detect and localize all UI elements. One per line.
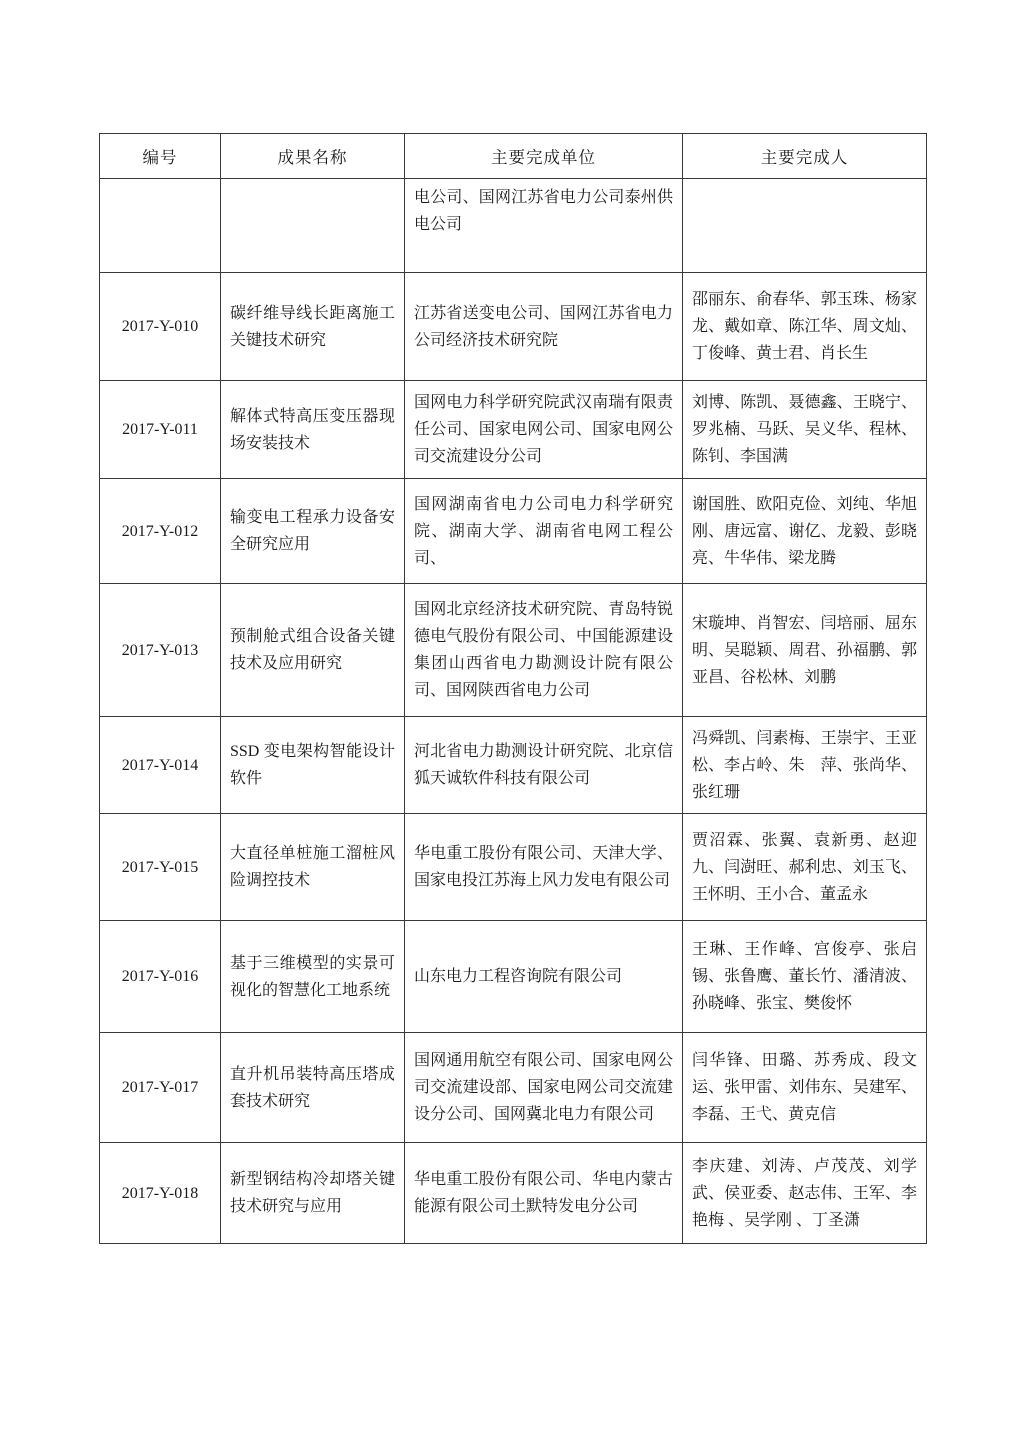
cell-units: 山东电力工程咨询院有限公司 <box>405 921 683 1033</box>
cell-units: 国网北京经济技术研究院、青岛特锐德电气股份有限公司、中国能源建设集团山西省电力勘… <box>405 584 683 717</box>
table-header-row: 编号 成果名称 主要完成单位 主要完成人 <box>100 134 927 179</box>
cell-name: 基于三维模型的实景可视化的智慧化工地系统 <box>221 921 405 1033</box>
cell-name: 解体式特高压变压器现场安装技术 <box>221 381 405 479</box>
cell-id: 2017-Y-015 <box>100 814 221 921</box>
cell-id: 2017-Y-014 <box>100 717 221 814</box>
table-row: 2017-Y-018新型钢结构冷却塔关键技术研究与应用华电重工股份有限公司、华电… <box>100 1143 927 1244</box>
cell-people: 闫华锋、田璐、苏秀成、段文运、张甲雷、刘伟东、吴建军、李磊、王弋、黄克信 <box>683 1033 927 1143</box>
col-header-id: 编号 <box>100 134 221 179</box>
col-header-name: 成果名称 <box>221 134 405 179</box>
cell-people <box>683 179 927 273</box>
cell-people: 谢国胜、欧阳克俭、刘纯、华旭刚、唐远富、谢亿、龙毅、彭晓亮、牛华伟、梁龙腾 <box>683 479 927 584</box>
table-row: 2017-Y-015大直径单桩施工溜桩风险调控技术华电重工股份有限公司、天津大学… <box>100 814 927 921</box>
document-page: 编号 成果名称 主要完成单位 主要完成人 电公司、国网江苏省电力公司泰州供电公司… <box>0 0 1024 1448</box>
cell-id <box>100 179 221 273</box>
cell-units: 江苏省送变电公司、国网江苏省电力公司经济技术研究院 <box>405 273 683 381</box>
table-row: 2017-Y-010碳纤维导线长距离施工关键技术研究江苏省送变电公司、国网江苏省… <box>100 273 927 381</box>
table-row: 2017-Y-017直升机吊装特高压塔成套技术研究国网通用航空有限公司、国家电网… <box>100 1033 927 1143</box>
cell-name: 碳纤维导线长距离施工关键技术研究 <box>221 273 405 381</box>
cell-id: 2017-Y-012 <box>100 479 221 584</box>
cell-people: 王琳、王作峰、宫俊亭、张启锡、张鲁鹰、董长竹、潘清波、孙晓峰、张宝、樊俊怀 <box>683 921 927 1033</box>
cell-people: 冯舜凯、闫素梅、王崇宇、王亚松、李占岭、朱 萍、张尚华、张红珊 <box>683 717 927 814</box>
table-row: 2017-Y-012输变电工程承力设备安全研究应用国网湖南省电力公司电力科学研究… <box>100 479 927 584</box>
cell-units: 国网湖南省电力公司电力科学研究院、湖南大学、湖南省电网工程公司、 <box>405 479 683 584</box>
table-row: 2017-Y-011解体式特高压变压器现场安装技术国网电力科学研究院武汉南瑞有限… <box>100 381 927 479</box>
cell-name: 新型钢结构冷却塔关键技术研究与应用 <box>221 1143 405 1244</box>
cell-id: 2017-Y-017 <box>100 1033 221 1143</box>
cell-people: 宋璇坤、肖智宏、闫培丽、屈东明、吴聪颖、周君、孙福鹏、郭亚昌、谷松林、刘鹏 <box>683 584 927 717</box>
cell-units: 华电重工股份有限公司、华电内蒙古能源有限公司土默特发电分公司 <box>405 1143 683 1244</box>
cell-units: 华电重工股份有限公司、天津大学、国家电投江苏海上风力发电有限公司 <box>405 814 683 921</box>
cell-id: 2017-Y-010 <box>100 273 221 381</box>
cell-name: 直升机吊装特高压塔成套技术研究 <box>221 1033 405 1143</box>
cell-people: 邵丽东、俞春华、郭玉珠、杨家龙、戴如章、陈江华、周文灿、丁俊峰、黄士君、肖长生 <box>683 273 927 381</box>
cell-name <box>221 179 405 273</box>
cell-units: 国网通用航空有限公司、国家电网公司交流建设部、国家电网公司交流建设分公司、国网冀… <box>405 1033 683 1143</box>
cell-units: 河北省电力勘测设计研究院、北京信狐天诚软件科技有限公司 <box>405 717 683 814</box>
table-row: 2017-Y-016基于三维模型的实景可视化的智慧化工地系统山东电力工程咨询院有… <box>100 921 927 1033</box>
results-table: 编号 成果名称 主要完成单位 主要完成人 电公司、国网江苏省电力公司泰州供电公司… <box>99 133 927 1244</box>
cell-name: 预制舱式组合设备关键技术及应用研究 <box>221 584 405 717</box>
cell-id: 2017-Y-018 <box>100 1143 221 1244</box>
cell-id: 2017-Y-011 <box>100 381 221 479</box>
table-row: 电公司、国网江苏省电力公司泰州供电公司 <box>100 179 927 273</box>
cell-people: 贾沼霖、张翼、袁新勇、赵迎九、闫澍旺、郝利忠、刘玉飞、王怀明、王小合、董孟永 <box>683 814 927 921</box>
cell-units: 电公司、国网江苏省电力公司泰州供电公司 <box>405 179 683 273</box>
cell-name: 输变电工程承力设备安全研究应用 <box>221 479 405 584</box>
cell-name: 大直径单桩施工溜桩风险调控技术 <box>221 814 405 921</box>
cell-id: 2017-Y-016 <box>100 921 221 1033</box>
cell-units: 国网电力科学研究院武汉南瑞有限责任公司、国家电网公司、国家电网公司交流建设分公司 <box>405 381 683 479</box>
cell-name: SSD 变电架构智能设计软件 <box>221 717 405 814</box>
cell-id: 2017-Y-013 <box>100 584 221 717</box>
table-row: 2017-Y-013预制舱式组合设备关键技术及应用研究国网北京经济技术研究院、青… <box>100 584 927 717</box>
cell-people: 李庆建、刘涛、卢茂茂、刘学武、侯亚委、赵志伟、王军、李艳梅 、吴学刚 、丁圣潇 <box>683 1143 927 1244</box>
cell-people: 刘博、陈凯、聂德鑫、王晓宁、罗兆楠、马跃、吴义华、程林、陈钊、李国满 <box>683 381 927 479</box>
col-header-units: 主要完成单位 <box>405 134 683 179</box>
table-row: 2017-Y-014SSD 变电架构智能设计软件河北省电力勘测设计研究院、北京信… <box>100 717 927 814</box>
col-header-people: 主要完成人 <box>683 134 927 179</box>
